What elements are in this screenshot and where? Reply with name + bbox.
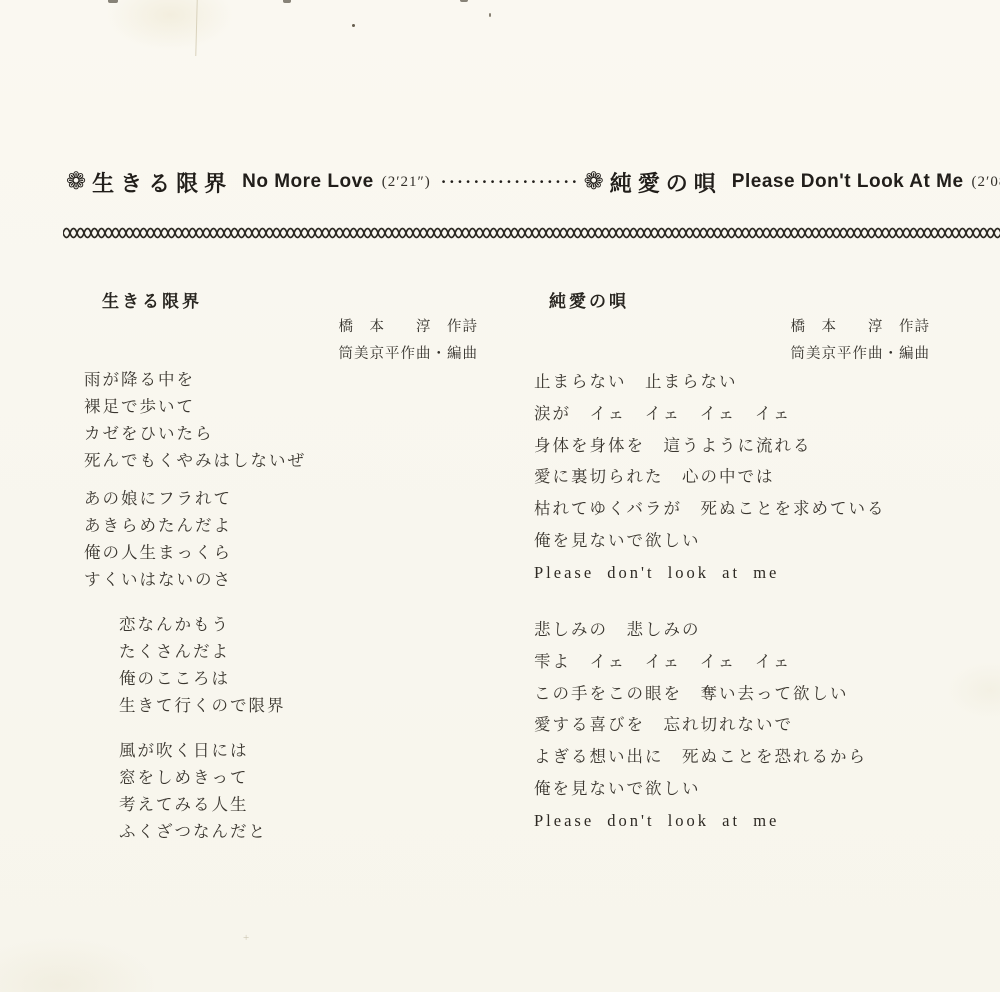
paper-crease: [195, 0, 197, 56]
track2-title-en: Please Don't Look At Me: [732, 171, 964, 193]
track2-title-jp: 純愛の唄: [610, 167, 722, 198]
lyric-line: 恋なんかもう: [119, 611, 286, 638]
lyric-line: 風が吹く日には: [119, 737, 267, 764]
lyric-line: 雨が降る中を: [84, 366, 306, 393]
lyric-sheet-scan: ❁ 生きる限界 No More Love (2′21″) ···········…: [0, 0, 1000, 992]
registration-mark: +: [243, 932, 249, 944]
lyric-line: カゼをひいたら: [84, 420, 306, 447]
scan-edge-mark: [460, 0, 468, 2]
lyric-line: 止まらない 止まらない: [534, 366, 886, 398]
lyric-line: 窓をしめきって: [119, 764, 267, 791]
lyric-line: 涙が イェ イェ イェ イェ: [534, 398, 886, 430]
fleuron-icon: ❁: [66, 170, 86, 194]
track1-title-en: No More Love: [242, 171, 374, 193]
composer-credit: 筒美京平作曲・編曲: [748, 341, 930, 368]
lyric-line-english: Please don't look at me: [534, 557, 886, 589]
lyric-line: 悲しみの 悲しみの: [534, 614, 867, 646]
lyric-line: 俺のこころは: [119, 665, 286, 692]
composer-credit: 筒美京平作曲・編曲: [296, 341, 478, 368]
song1-title: 生きる限界: [102, 287, 202, 312]
lyric-line-english: Please don't look at me: [534, 805, 867, 837]
song2-stanza-1: 止まらない 止まらない 涙が イェ イェ イェ イェ 身体を身体を 這うように流…: [534, 366, 886, 589]
track2-duration: (2′08″): [972, 174, 1000, 191]
lyric-line: ふくざつなんだと: [119, 818, 267, 845]
lyric-line: この手をこの眼を 奪い去って欲しい: [534, 678, 867, 710]
ink-speck: [489, 13, 491, 17]
lyric-line: 愛する喜びを 忘れ切れないで: [534, 709, 867, 741]
lyric-line: 俺の人生まっくら: [84, 539, 232, 566]
song2-stanza-2: 悲しみの 悲しみの 雫よ イェ イェ イェ イェ この手をこの眼を 奪い去って欲…: [534, 614, 867, 837]
lyric-line: 枯れてゆくバラが 死ぬことを求めている: [534, 493, 886, 525]
song2-credits: 橋 本 淳 作詩 筒美京平作曲・編曲: [748, 314, 930, 368]
lyric-line: 裸足で歩いて: [84, 393, 306, 420]
song1-stanza-1: 雨が降る中を 裸足で歩いて カゼをひいたら 死んでもくやみはしないぜ: [84, 366, 306, 474]
fleuron-icon: ❁: [584, 170, 604, 194]
lyric-line: 身体を身体を 這うように流れる: [534, 430, 886, 462]
lyric-line: あきらめたんだよ: [84, 512, 232, 539]
song1-stanza-4: 風が吹く日には 窓をしめきって 考えてみる人生 ふくざつなんだと: [119, 737, 267, 845]
tracklist-header: ❁ 生きる限界 No More Love (2′21″) ···········…: [66, 163, 1000, 201]
lyric-line: 雫よ イェ イェ イェ イェ: [534, 646, 867, 678]
song1-stanza-2: あの娘にフラれて あきらめたんだよ 俺の人生まっくら すくいはないのさ: [84, 485, 232, 593]
lyric-line: 考えてみる人生: [119, 791, 267, 818]
lyric-line: 俺を見ないで欲しい: [534, 525, 886, 557]
track1-title-jp: 生きる限界: [92, 167, 232, 198]
scan-edge-mark: [283, 0, 291, 3]
chain-border-divider: [63, 226, 1000, 240]
lyric-line: 愛に裏切られた 心の中では: [534, 461, 886, 493]
track1-duration: (2′21″): [382, 174, 431, 191]
song1-stanza-3: 恋なんかもう たくさんだよ 俺のこころは 生きて行くので限界: [119, 611, 286, 719]
lyric-line: たくさんだよ: [119, 638, 286, 665]
lyric-line: よぎる想い出に 死ぬことを恐れるから: [534, 741, 867, 773]
lyric-line: あの娘にフラれて: [84, 485, 232, 512]
dot-leader: ·················: [441, 172, 580, 192]
scan-edge-mark: [108, 0, 118, 3]
song2-title: 純愛の唄: [549, 287, 629, 312]
song1-credits: 橋 本 淳 作詩 筒美京平作曲・編曲: [296, 314, 478, 368]
lyric-line: 俺を見ないで欲しい: [534, 773, 867, 805]
lyricist-credit: 橋 本 淳 作詩: [748, 314, 930, 341]
lyric-line: すくいはないのさ: [84, 566, 232, 593]
lyricist-credit: 橋 本 淳 作詩: [296, 314, 478, 341]
lyric-line: 死んでもくやみはしないぜ: [84, 447, 306, 474]
ink-speck: [352, 24, 355, 27]
lyric-line: 生きて行くので限界: [119, 692, 286, 719]
